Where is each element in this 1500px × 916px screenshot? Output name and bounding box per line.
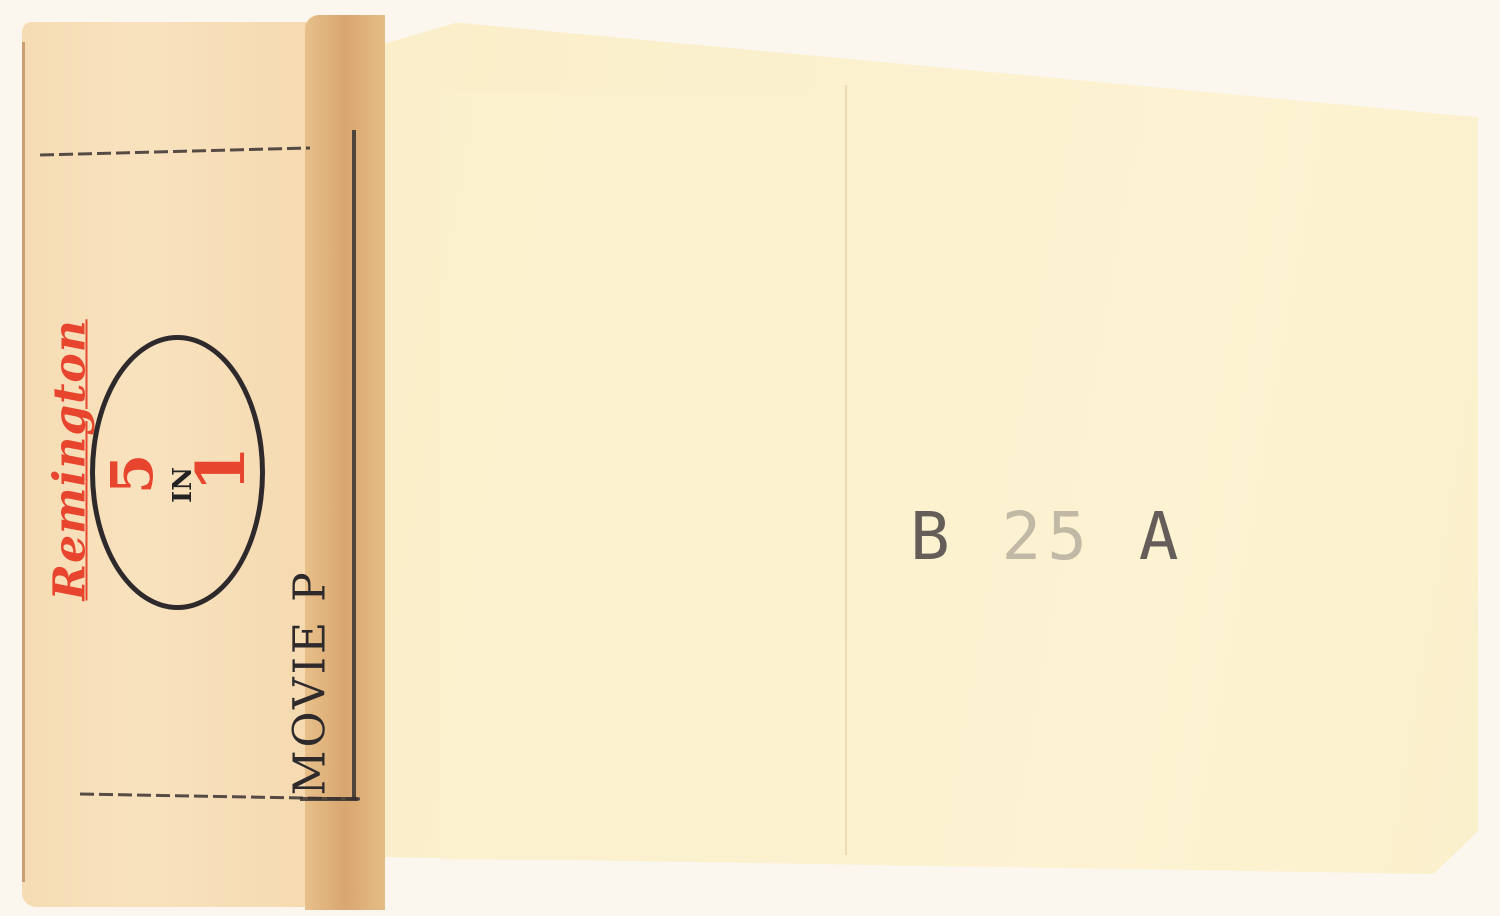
flap-edge xyxy=(22,42,25,882)
code-letter-b: B xyxy=(910,498,956,575)
box-photograph: Remington 5 IN 1 MOVIE P B 25 A xyxy=(0,0,1500,916)
badge-number-one: 1 xyxy=(182,446,260,492)
box-inner-panel xyxy=(440,90,850,860)
box-seam xyxy=(845,85,847,855)
code-number: 25 xyxy=(1002,498,1093,575)
stamped-code: B 25 A xyxy=(910,498,1184,575)
product-label: MOVIE P xyxy=(285,536,336,796)
badge-number-five: 5 xyxy=(98,454,166,494)
code-letter-a: A xyxy=(1139,498,1185,575)
border-line xyxy=(352,130,356,800)
brand-logo: Remington xyxy=(45,351,96,601)
